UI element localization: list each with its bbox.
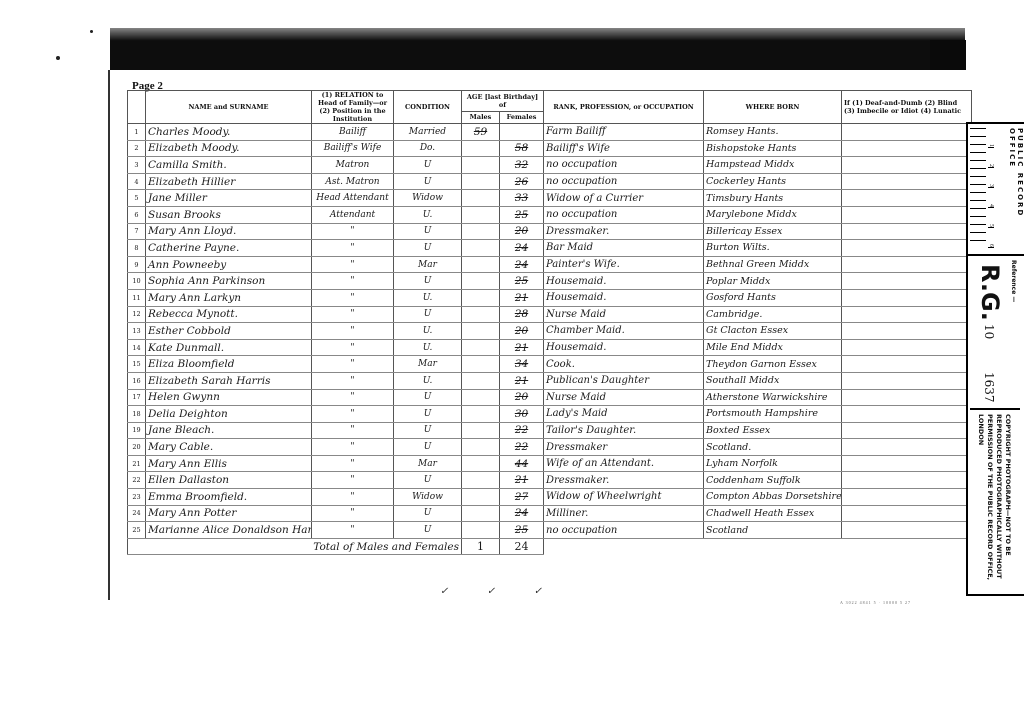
row-number: 8 (128, 240, 146, 257)
age-female: 25 (500, 273, 544, 290)
reference-folio: 1637 (982, 372, 996, 403)
infirmity (842, 522, 972, 539)
age-male (462, 389, 500, 406)
ruler-number: 1 (988, 128, 994, 148)
total-females: 24 (500, 538, 544, 555)
age-female: 20 (500, 223, 544, 240)
ruler-title: PUBLIC RECORD OFFICE (1008, 128, 1024, 254)
col-header-where-born: WHERE BORN (704, 91, 842, 124)
person-name: Jane Bleach. (146, 422, 312, 439)
age-male (462, 505, 500, 522)
relation: " (312, 356, 394, 373)
col-header-name: NAME and SURNAME (146, 91, 312, 124)
census-row: 19Jane Bleach."U22Tailor's Daughter.Boxt… (128, 422, 972, 439)
where-born: Marylebone Middx (704, 206, 842, 223)
census-row: 6Susan BrooksAttendantU.25no occupationM… (128, 206, 972, 223)
relation: " (312, 323, 394, 340)
relation: " (312, 489, 394, 506)
infirmity (842, 157, 972, 174)
person-name: Elizabeth Sarah Harris (146, 372, 312, 389)
age-female: 25 (500, 522, 544, 539)
row-number: 23 (128, 489, 146, 506)
occupation: Milliner. (544, 505, 704, 522)
infirmity (842, 439, 972, 456)
condition: U. (394, 339, 462, 356)
where-born: Poplar Middx (704, 273, 842, 290)
age-female: 20 (500, 389, 544, 406)
condition: U (394, 389, 462, 406)
census-row: 4Elizabeth HillierAst. MatronU26no occup… (128, 173, 972, 190)
census-row: 21Mary Ann Ellis"Mar44Wife of an Attenda… (128, 455, 972, 472)
condition: U (394, 439, 462, 456)
census-row: 10Sophia Ann Parkinson"U25Housemaid.Popl… (128, 273, 972, 290)
age-male (462, 190, 500, 207)
condition: Do. (394, 140, 462, 157)
infirmity (842, 256, 972, 273)
condition: U (394, 422, 462, 439)
relation: Head Attendant (312, 190, 394, 207)
age-male (462, 173, 500, 190)
scan-shadow-top (110, 28, 965, 70)
row-number: 7 (128, 223, 146, 240)
age-female: 26 (500, 173, 544, 190)
relation: " (312, 256, 394, 273)
census-row: 3Camilla Smith.MatronU32no occupationHam… (128, 157, 972, 174)
col-header-condition: CONDITION (394, 91, 462, 124)
row-number: 24 (128, 505, 146, 522)
infirmity (842, 273, 972, 290)
census-row: 12Rebecca Mynott."U28Nurse MaidCambridge… (128, 306, 972, 323)
tally-ticks: ✓ ✓ ✓ (440, 586, 560, 597)
relation: " (312, 505, 394, 522)
age-female: 32 (500, 157, 544, 174)
occupation: Widow of a Currier (544, 190, 704, 207)
where-born: Portsmouth Hampshire (704, 406, 842, 423)
condition: Widow (394, 489, 462, 506)
age-female: 25 (500, 206, 544, 223)
condition: U. (394, 372, 462, 389)
condition: Mar (394, 356, 462, 373)
census-row: 8Catherine Payne."U24Bar MaidBurton Wilt… (128, 240, 972, 257)
occupation: Dressmaker. (544, 223, 704, 240)
ruler-number: 4 (988, 188, 994, 208)
age-male (462, 273, 500, 290)
census-row: 9Ann Powneeby"Mar24Painter's Wife.Bethna… (128, 256, 972, 273)
occupation: Painter's Wife. (544, 256, 704, 273)
condition: U (394, 406, 462, 423)
age-female: 21 (500, 339, 544, 356)
person-name: Susan Brooks (146, 206, 312, 223)
where-born: Atherstone Warwickshire (704, 389, 842, 406)
age-male (462, 256, 500, 273)
census-row: 2Elizabeth Moody.Bailiff's WifeDo.58Bail… (128, 140, 972, 157)
census-row: 1Charles Moody.BailiffMarried59Farm Bail… (128, 124, 972, 141)
row-number: 4 (128, 173, 146, 190)
census-row: 13Esther Cobbold"U.20Chamber Maid.Gt Cla… (128, 323, 972, 340)
row-number: 13 (128, 323, 146, 340)
occupation: Housemaid. (544, 289, 704, 306)
infirmity (842, 389, 972, 406)
row-number: 18 (128, 406, 146, 423)
relation: " (312, 339, 394, 356)
where-born: Scotland. (704, 439, 842, 456)
row-number: 17 (128, 389, 146, 406)
census-row: 22Ellen Dallaston"U21Dressmaker.Coddenha… (128, 472, 972, 489)
occupation: Bar Maid (544, 240, 704, 257)
where-born: Cambridge. (704, 306, 842, 323)
age-female: 21 (500, 289, 544, 306)
occupation: Tailor's Daughter. (544, 422, 704, 439)
age-male (462, 157, 500, 174)
infirmity (842, 356, 972, 373)
occupation: Farm Bailiff (544, 124, 704, 141)
row-number: 11 (128, 289, 146, 306)
age-male (462, 206, 500, 223)
where-born: Theydon Garnon Essex (704, 356, 842, 373)
person-name: Catherine Payne. (146, 240, 312, 257)
row-number: 22 (128, 472, 146, 489)
row-number: 19 (128, 422, 146, 439)
person-name: Elizabeth Moody. (146, 140, 312, 157)
census-row: 23Emma Broomfield."Widow27Widow of Wheel… (128, 489, 972, 506)
occupation: Widow of Wheelwright (544, 489, 704, 506)
infirmity (842, 422, 972, 439)
age-female (500, 124, 544, 141)
where-born: Chadwell Heath Essex (704, 505, 842, 522)
row-number: 5 (128, 190, 146, 207)
age-male (462, 489, 500, 506)
person-name: Charles Moody. (146, 124, 312, 141)
age-male (462, 422, 500, 439)
age-male (462, 223, 500, 240)
condition: U (394, 223, 462, 240)
age-male (462, 455, 500, 472)
census-row: 18Delia Deighton"U30Lady's MaidPortsmout… (128, 406, 972, 423)
census-row: 14Kate Dunmall."U.21Housemaid.Mile End M… (128, 339, 972, 356)
scale-ruler: 123456 PUBLIC RECORD OFFICE (968, 124, 1024, 256)
age-male (462, 140, 500, 157)
where-born: Boxted Essex (704, 422, 842, 439)
where-born: Burton Wilts. (704, 240, 842, 257)
printer-mark: A 3022 4841 5 · 10000 5 27 (840, 600, 911, 605)
age-female: 20 (500, 323, 544, 340)
age-female: 22 (500, 422, 544, 439)
row-number: 15 (128, 356, 146, 373)
census-row: 25Marianne Alice Donaldson Harris"U25no … (128, 522, 972, 539)
reference-label: Reference — (1010, 260, 1017, 302)
occupation: Cook. (544, 356, 704, 373)
infirmity (842, 140, 972, 157)
age-female: 24 (500, 505, 544, 522)
where-born: Lyham Norfolk (704, 455, 842, 472)
ruler-cells: 123456 (988, 128, 1004, 248)
col-header-infirmity: If (1) Deaf-and-Dumb (2) Blind (3) Imbec… (842, 91, 972, 124)
person-name: Rebecca Mynott. (146, 306, 312, 323)
reference-piece: 10 (982, 324, 996, 339)
age-male (462, 339, 500, 356)
row-number: 9 (128, 256, 146, 273)
condition: U (394, 306, 462, 323)
col-header-males: Males (462, 111, 500, 123)
age-female: 24 (500, 256, 544, 273)
where-born: Southall Middx (704, 372, 842, 389)
relation: " (312, 372, 394, 389)
occupation: Nurse Maid (544, 389, 704, 406)
row-number: 14 (128, 339, 146, 356)
totals-row: Total of Males and Females 1 24 (128, 538, 972, 555)
where-born: Cockerley Hants (704, 173, 842, 190)
age-female: 21 (500, 372, 544, 389)
person-name: Mary Cable. (146, 439, 312, 456)
census-table: NAME and SURNAME (1) RELATION to Head of… (127, 90, 972, 555)
where-born: Hampstead Middx (704, 157, 842, 174)
infirmity (842, 206, 972, 223)
infirmity (842, 505, 972, 522)
age-male (462, 306, 500, 323)
census-row: 16Elizabeth Sarah Harris"U.21Publican's … (128, 372, 972, 389)
col-header-females: Females (500, 111, 544, 123)
person-name: Elizabeth Hillier (146, 173, 312, 190)
census-row: 15Eliza Bloomfield"Mar34Cook.Theydon Gar… (128, 356, 972, 373)
occupation: Housemaid. (544, 273, 704, 290)
where-born: Gosford Hants (704, 289, 842, 306)
age-male (462, 289, 500, 306)
relation: " (312, 389, 394, 406)
person-name: Mary Ann Potter (146, 505, 312, 522)
census-row: 7Mary Ann Lloyd."U20Dressmaker.Billerica… (128, 223, 972, 240)
col-header-occupation: RANK, PROFESSION, or OCCUPATION (544, 91, 704, 124)
relation: " (312, 472, 394, 489)
person-name: Delia Deighton (146, 406, 312, 423)
person-name: Eliza Bloomfield (146, 356, 312, 373)
age-male: 59 (462, 124, 500, 141)
age-female: 22 (500, 439, 544, 456)
age-male (462, 439, 500, 456)
age-male (462, 323, 500, 340)
row-number: 1 (128, 124, 146, 141)
person-name: Mary Ann Ellis (146, 455, 312, 472)
where-born: Bishopstoke Hants (704, 140, 842, 157)
totals-label: Total of Males and Females (128, 538, 462, 555)
person-name: Mary Ann Lloyd. (146, 223, 312, 240)
age-male (462, 522, 500, 539)
age-male (462, 356, 500, 373)
relation: " (312, 439, 394, 456)
row-number: 21 (128, 455, 146, 472)
scan-speck (56, 56, 60, 60)
relation: " (312, 522, 394, 539)
infirmity (842, 173, 972, 190)
condition: Widow (394, 190, 462, 207)
copyright-notice: COPYRIGHT PHOTOGRAPH—NOT TO BE REPRODUCE… (970, 408, 1020, 590)
relation: " (312, 455, 394, 472)
age-male (462, 406, 500, 423)
condition: Mar (394, 256, 462, 273)
person-name: Camilla Smith. (146, 157, 312, 174)
person-name: Kate Dunmall. (146, 339, 312, 356)
ruler-number: 6 (988, 228, 994, 248)
person-name: Helen Gwynn (146, 389, 312, 406)
reference-card: 123456 PUBLIC RECORD OFFICE Reference — … (966, 122, 1024, 596)
person-name: Emma Broomfield. (146, 489, 312, 506)
row-number: 20 (128, 439, 146, 456)
relation: Ast. Matron (312, 173, 394, 190)
census-row: 5Jane MillerHead AttendantWidow33Widow o… (128, 190, 972, 207)
relation: " (312, 240, 394, 257)
person-name: Sophia Ann Parkinson (146, 273, 312, 290)
where-born: Billericay Essex (704, 223, 842, 240)
condition: U (394, 157, 462, 174)
where-born: Compton Abbas Dorsetshire (704, 489, 842, 506)
total-males: 1 (462, 538, 500, 555)
person-name: Ann Powneeby (146, 256, 312, 273)
occupation: Chamber Maid. (544, 323, 704, 340)
scan-speck (90, 30, 93, 33)
relation: " (312, 273, 394, 290)
age-female: 30 (500, 406, 544, 423)
infirmity (842, 323, 972, 340)
occupation: Lady's Maid (544, 406, 704, 423)
occupation: Dressmaker. (544, 472, 704, 489)
condition: U (394, 505, 462, 522)
relation: Attendant (312, 206, 394, 223)
occupation: Bailiff's Wife (544, 140, 704, 157)
person-name: Mary Ann Larkyn (146, 289, 312, 306)
col-header-age: AGE [last Birthday] of (462, 91, 544, 112)
infirmity (842, 406, 972, 423)
census-row: 11Mary Ann Larkyn"U.21Housemaid.Gosford … (128, 289, 972, 306)
row-number: 16 (128, 372, 146, 389)
infirmity (842, 124, 972, 141)
condition: U. (394, 323, 462, 340)
ruler-number: 3 (988, 168, 994, 188)
relation: " (312, 422, 394, 439)
row-number: 25 (128, 522, 146, 539)
row-number: 10 (128, 273, 146, 290)
where-born: Scotland (704, 522, 842, 539)
where-born: Coddenham Suffolk (704, 472, 842, 489)
relation: " (312, 223, 394, 240)
age-female: 58 (500, 140, 544, 157)
condition: Married (394, 124, 462, 141)
occupation: Dressmaker (544, 439, 704, 456)
relation: " (312, 289, 394, 306)
occupation: no occupation (544, 173, 704, 190)
condition: U (394, 173, 462, 190)
person-name: Jane Miller (146, 190, 312, 207)
occupation: no occupation (544, 522, 704, 539)
ruler-number: 5 (988, 208, 994, 228)
condition: U. (394, 206, 462, 223)
condition: U. (394, 289, 462, 306)
age-male (462, 240, 500, 257)
copyright-text: COPYRIGHT PHOTOGRAPH—NOT TO BE REPRODUCE… (976, 414, 1012, 584)
age-male (462, 372, 500, 389)
ruler-number: 2 (988, 148, 994, 168)
relation: " (312, 306, 394, 323)
relation: Matron (312, 157, 394, 174)
infirmity (842, 489, 972, 506)
census-row: 20Mary Cable."U22DressmakerScotland. (128, 439, 972, 456)
age-female: 24 (500, 240, 544, 257)
infirmity (842, 289, 972, 306)
row-number: 12 (128, 306, 146, 323)
row-number: 2 (128, 140, 146, 157)
relation: " (312, 406, 394, 423)
infirmity (842, 223, 972, 240)
infirmity (842, 240, 972, 257)
where-born: Bethnal Green Middx (704, 256, 842, 273)
person-name: Esther Cobbold (146, 323, 312, 340)
infirmity (842, 472, 972, 489)
infirmity (842, 372, 972, 389)
relation: Bailiff (312, 124, 394, 141)
infirmity (842, 306, 972, 323)
row-number: 3 (128, 157, 146, 174)
age-female: 34 (500, 356, 544, 373)
age-female: 44 (500, 455, 544, 472)
age-male (462, 472, 500, 489)
occupation: Wife of an Attendant. (544, 455, 704, 472)
condition: Mar (394, 455, 462, 472)
where-born: Mile End Middx (704, 339, 842, 356)
person-name: Ellen Dallaston (146, 472, 312, 489)
occupation: Nurse Maid (544, 306, 704, 323)
reference-series: R.G. (976, 264, 1004, 321)
condition: U (394, 273, 462, 290)
relation: Bailiff's Wife (312, 140, 394, 157)
ruler-ticks (970, 128, 986, 248)
census-row: 24Mary Ann Potter"U24Milliner.Chadwell H… (128, 505, 972, 522)
where-born: Romsey Hants. (704, 124, 842, 141)
age-female: 28 (500, 306, 544, 323)
condition: U (394, 522, 462, 539)
age-female: 21 (500, 472, 544, 489)
condition: U (394, 240, 462, 257)
person-name: Marianne Alice Donaldson Harris (146, 522, 312, 539)
row-number: 6 (128, 206, 146, 223)
col-header-relation: (1) RELATION to Head of Family—or (2) Po… (312, 91, 394, 124)
col-header-number (128, 91, 146, 124)
census-row: 17Helen Gwynn"U20Nurse MaidAtherstone Wa… (128, 389, 972, 406)
age-female: 27 (500, 489, 544, 506)
occupation: no occupation (544, 157, 704, 174)
infirmity (842, 190, 972, 207)
age-female: 33 (500, 190, 544, 207)
infirmity (842, 339, 972, 356)
infirmity (842, 455, 972, 472)
occupation: Publican's Daughter (544, 372, 704, 389)
occupation: no occupation (544, 206, 704, 223)
occupation: Housemaid. (544, 339, 704, 356)
where-born: Gt Clacton Essex (704, 323, 842, 340)
condition: U (394, 472, 462, 489)
where-born: Timsbury Hants (704, 190, 842, 207)
